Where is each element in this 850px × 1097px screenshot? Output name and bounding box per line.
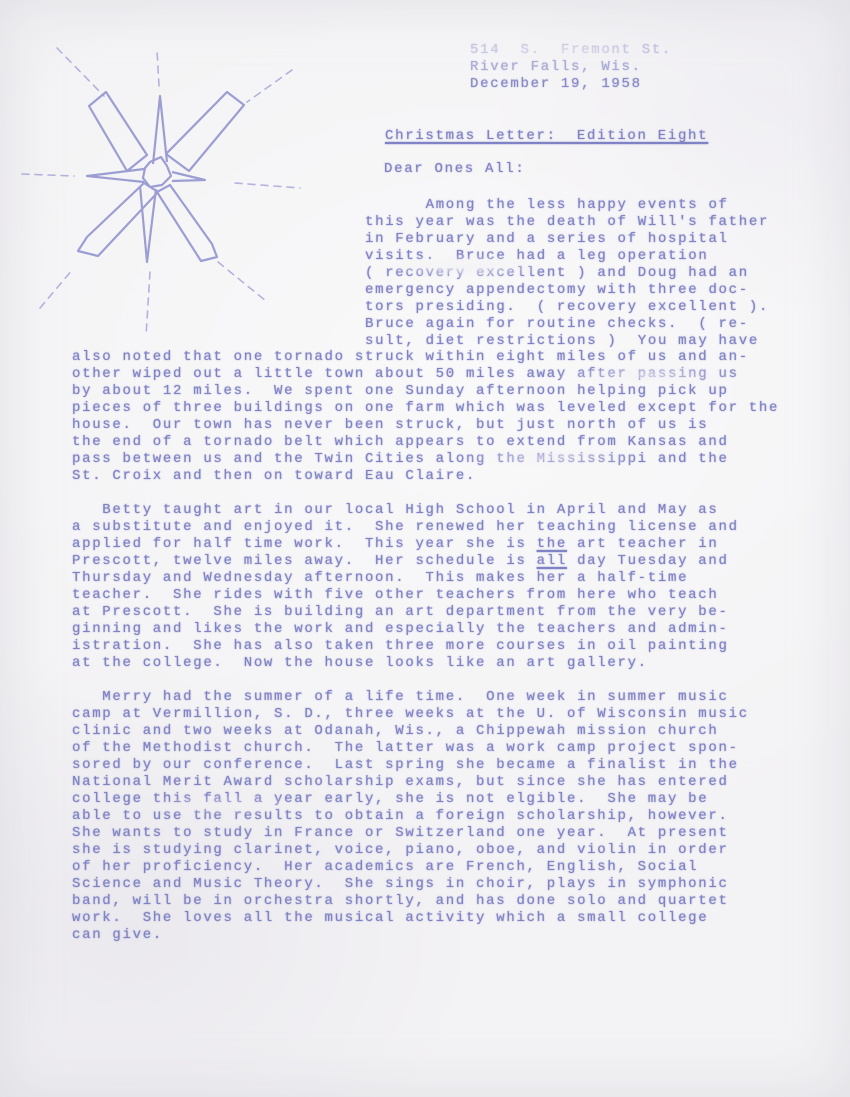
letter-line: in February and a series of hospital: [365, 231, 795, 248]
letter-line: tors presiding. ( recovery excellent ).: [365, 299, 795, 316]
letter-line: applied for half time work. This year sh…: [72, 536, 812, 553]
letter-line: visits. Bruce had a leg operation: [365, 248, 795, 265]
letter-title: Christmas Letter: Edition Eight: [385, 128, 708, 144]
letter-line: work. She loves all the musical activity…: [72, 910, 812, 927]
letter-line: Prescott, twelve miles away. Her schedul…: [72, 553, 812, 570]
letter-line: [72, 672, 812, 689]
letterhead: 514 S. Fremont St. River Falls, Wis. Dec…: [470, 42, 672, 93]
letter-line: Bruce again for routine checks. ( re-: [365, 316, 795, 333]
letter-line: istration. She has also taken three more…: [72, 638, 812, 655]
letter-line: also noted that one tornado struck withi…: [72, 349, 812, 366]
letter-line: she is studying clarinet, voice, piano, …: [72, 842, 812, 859]
letter-line: Merry had the summer of a life time. One…: [72, 689, 812, 706]
letter-line: St. Croix and then on toward Eau Claire.: [72, 468, 812, 485]
letter-line: ( recovery excellent ) and Doug had an: [365, 265, 795, 282]
letter-line: pass between us and the Twin Cities alon…: [72, 451, 812, 468]
letter-line: of her proficiency. Her academics are Fr…: [72, 859, 812, 876]
letter-line: other wiped out a little town about 50 m…: [72, 366, 812, 383]
letterhead-address-line: 514 S. Fremont St.: [470, 42, 672, 59]
letter-line: camp at Vermillion, S. D., three weeks a…: [72, 706, 812, 723]
intro-paragraph: Among the less happy events ofthis year …: [365, 197, 795, 350]
letter-line: college this fall a year early, she is n…: [72, 791, 812, 808]
letter-line: at Prescott. She is building an art depa…: [72, 604, 812, 621]
letter-line: this year was the death of Will's father: [365, 214, 795, 231]
letter-line: [72, 485, 812, 502]
letter-line: Science and Music Theory. She sings in c…: [72, 876, 812, 893]
letter-line: Thursday and Wednesday afternoon. This m…: [72, 570, 812, 587]
letter-page: 514 S. Fremont St. River Falls, Wis. Dec…: [0, 0, 850, 1097]
letter-line: pieces of three buildings on one farm wh…: [72, 400, 812, 417]
letter-line: teacher. She rides with five other teach…: [72, 587, 812, 604]
letter-line: National Merit Award scholarship exams, …: [72, 774, 812, 791]
letter-line: band, will be in orchestra shortly, and …: [72, 893, 812, 910]
letter-line: the end of a tornado belt which appears …: [72, 434, 812, 451]
letter-title-block: Christmas Letter: Edition Eight: [385, 126, 708, 145]
letter-line: clinic and two weeks at Odanah, Wis., a …: [72, 723, 812, 740]
letter-line: a substitute and enjoyed it. She renewed…: [72, 519, 812, 536]
letter-line: can give.: [72, 927, 812, 944]
letter-line: by about 12 miles. We spent one Sunday a…: [72, 383, 812, 400]
salutation: Dear Ones All:: [384, 159, 525, 178]
letter-line: Among the less happy events of: [365, 197, 795, 214]
letter-line: ginning and likes the work and especiall…: [72, 621, 812, 638]
letter-line: Betty taught art in our local High Schoo…: [72, 502, 812, 519]
letter-body: also noted that one tornado struck withi…: [72, 349, 812, 944]
letter-line: house. Our town has never been struck, b…: [72, 417, 812, 434]
letter-line: able to use the results to obtain a fore…: [72, 808, 812, 825]
letterhead-city-line: River Falls, Wis.: [470, 59, 672, 76]
letter-line: sult, diet restrictions ) You may have: [365, 333, 795, 350]
salutation-text: Dear Ones All:: [384, 161, 525, 177]
letter-line: of the Methodist church. The latter was …: [72, 740, 812, 757]
star-decoration-icon: [8, 30, 308, 345]
letterhead-date-line: December 19, 1958: [470, 76, 672, 93]
letter-line: She wants to study in France or Switzerl…: [72, 825, 812, 842]
letter-line: sored by our conference. Last spring she…: [72, 757, 812, 774]
letter-line: emergency appendectomy with three doc-: [365, 282, 795, 299]
letter-line: at the college. Now the house looks like…: [72, 655, 812, 672]
